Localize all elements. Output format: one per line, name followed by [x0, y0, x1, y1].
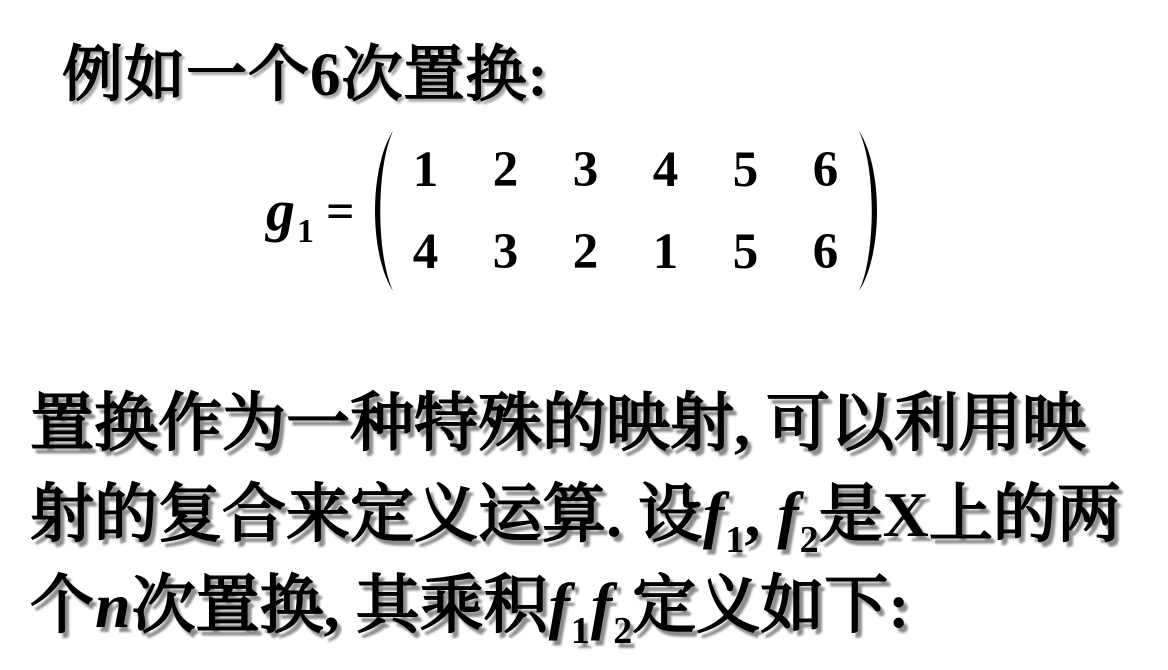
matrix-cell: 2 [561, 225, 611, 279]
product-f1-symbol: f [548, 570, 571, 641]
equals-sign: = [326, 186, 355, 236]
slide-title: 例如一个6次置换: [62, 26, 549, 113]
set-x-symbol: X [883, 479, 929, 550]
line2-text-post: 上的两 [929, 479, 1121, 550]
body-paragraph: 置换作为一种特殊的映射, 可以利用映 射的复合来定义运算. 设f1, f2是X上… [30, 378, 1160, 651]
matrix-cell: 1 [641, 225, 691, 279]
matrix-cell: 1 [401, 143, 451, 197]
f1-subscript: 1 [725, 519, 744, 561]
right-parenthesis-icon [855, 128, 889, 294]
line1-text: 置换作为一种特殊的映射, 可以利用映 [30, 388, 1086, 459]
matrix-cell: 4 [641, 143, 691, 197]
g-symbol: g [266, 182, 295, 240]
permutation-matrix: 1 2 3 4 5 6 4 3 2 1 5 6 [397, 141, 855, 281]
matrix-cell: 3 [481, 225, 531, 279]
left-parenthesis-icon [363, 128, 397, 294]
matrix-cell: 2 [481, 143, 531, 197]
matrix-cell: 6 [801, 225, 851, 279]
product-f2-subscript: 2 [613, 610, 632, 652]
matrix-cell: 4 [401, 225, 451, 279]
matrix-cell: 6 [801, 143, 851, 197]
slide: 例如一个6次置换: g 1 = 1 2 3 4 5 6 4 3 2 1 5 6 [0, 0, 1168, 670]
product-f2-symbol: f [590, 570, 613, 641]
line2-text-pre: 射的复合来定义运算. 设 [30, 479, 702, 550]
n-symbol: n [94, 570, 132, 641]
paragraph-line-1: 置换作为一种特殊的映射, 可以利用映 [30, 378, 1160, 469]
line3-text-mid: 次置换, 其乘积 [132, 570, 548, 641]
line3-text-post: 定义如下: [632, 570, 909, 641]
line2-separator: , [744, 479, 760, 550]
matrix-cell: 3 [561, 143, 611, 197]
equation-lhs: g 1 [266, 182, 314, 240]
matrix-cell: 5 [721, 225, 771, 279]
g-subscript: 1 [297, 215, 314, 249]
f1-symbol: f [702, 479, 725, 550]
f2-symbol: f [776, 479, 799, 550]
f2-subscript: 2 [800, 519, 819, 561]
paragraph-line-2: 射的复合来定义运算. 设f1, f2是X上的两 [30, 469, 1160, 560]
line2-text-mid: 是 [819, 479, 883, 550]
paragraph-line-3: 个n次置换, 其乘积f1f2定义如下: [30, 560, 1160, 651]
matrix-cell: 5 [721, 143, 771, 197]
product-f1-subscript: 1 [571, 610, 590, 652]
permutation-equation: g 1 = 1 2 3 4 5 6 4 3 2 1 5 6 [266, 128, 889, 294]
line3-text-pre: 个 [30, 570, 94, 641]
